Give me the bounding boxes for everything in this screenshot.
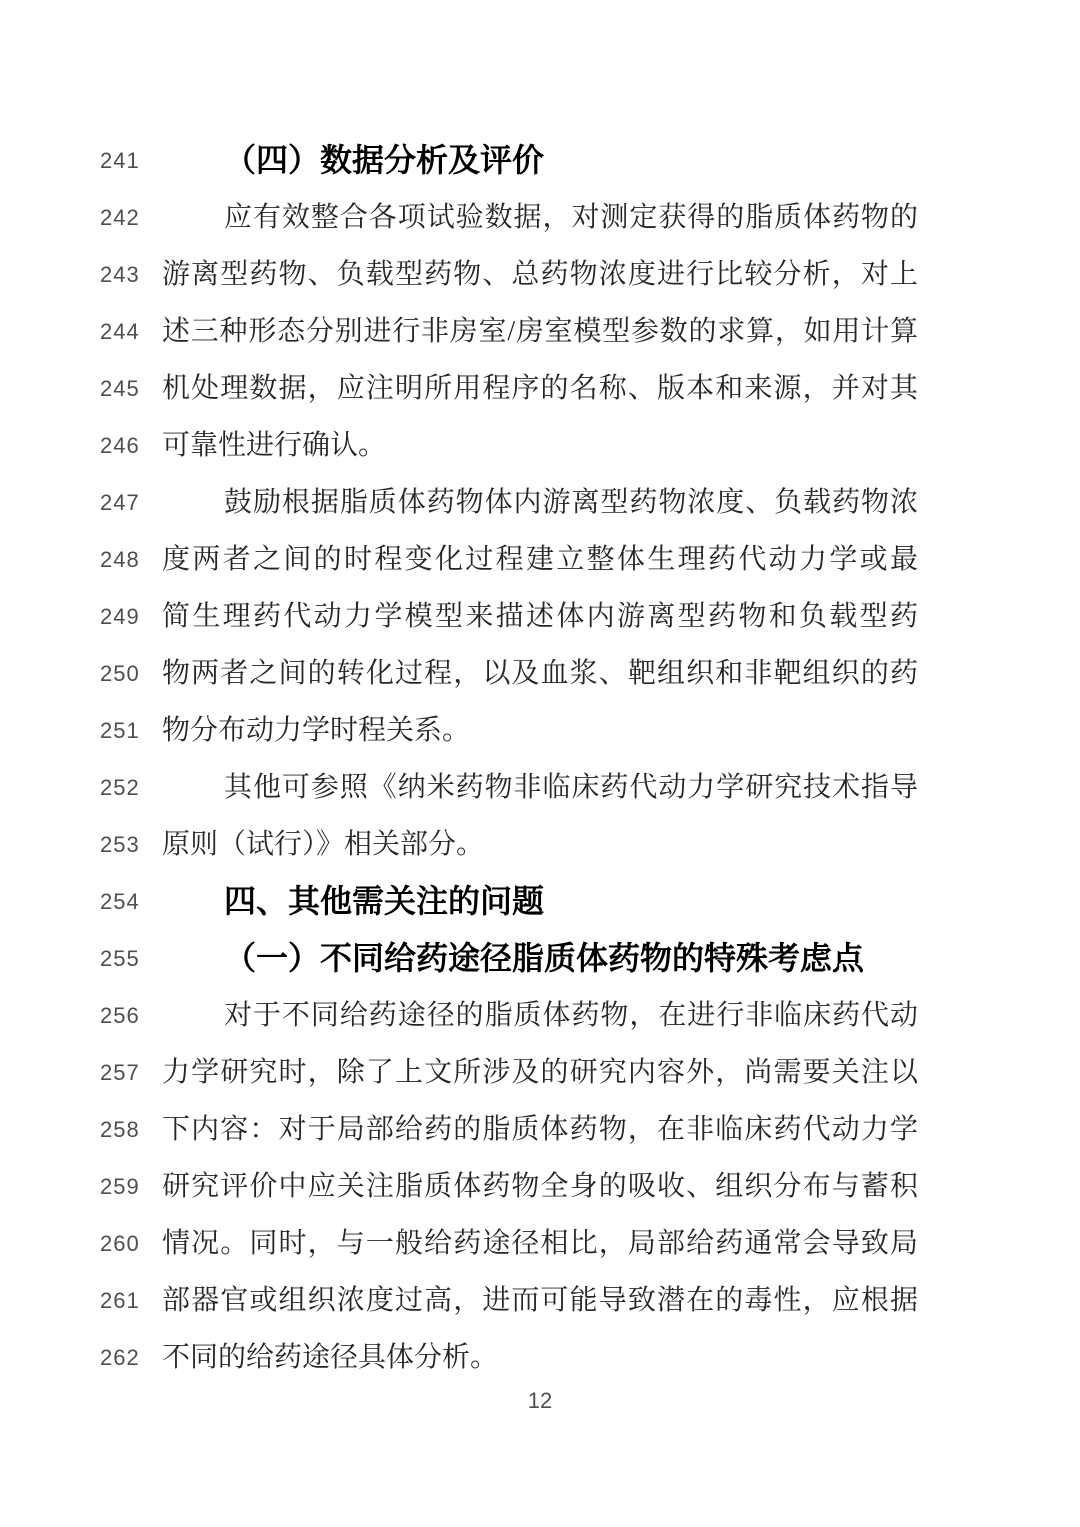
document-line: 251 物分布动力学时程关系。 — [0, 702, 1080, 759]
line-number: 244 — [100, 319, 162, 345]
line-text: 不同的给药途径具体分析。 — [162, 1329, 918, 1386]
document-line: 242 应有效整合各项试验数据，对测定获得的脂质体药物的 — [0, 189, 1080, 246]
line-number: 261 — [100, 1288, 162, 1314]
line-text: 游离型药物、负载型药物、总药物浓度进行比较分析，对上 — [162, 246, 918, 303]
line-text: 应有效整合各项试验数据，对测定获得的脂质体药物的 — [162, 189, 918, 246]
page-number: 12 — [0, 1388, 1080, 1414]
line-text: 下内容：对于局部给药的脂质体药物，在非临床药代动力学 — [162, 1101, 918, 1158]
line-text: 简生理药代动力学模型来描述体内游离型药物和负载型药 — [162, 588, 918, 645]
line-number: 260 — [100, 1231, 162, 1257]
line-number: 246 — [100, 433, 162, 459]
line-text: 其他可参照《纳米药物非临床药代动力学研究技术指导 — [162, 759, 918, 816]
document-line: 256 对于不同给药途径的脂质体药物，在进行非临床药代动 — [0, 987, 1080, 1044]
line-number: 245 — [100, 376, 162, 402]
line-text: 述三种形态分别进行非房室/房室模型参数的求算，如用计算 — [162, 303, 918, 360]
line-text: 可靠性进行确认。 — [162, 417, 918, 474]
line-number: 258 — [100, 1117, 162, 1143]
document-line: 248 度两者之间的时程变化过程建立整体生理药代动力学或最 — [0, 531, 1080, 588]
line-number: 252 — [100, 775, 162, 801]
document-line: 252 其他可参照《纳米药物非临床药代动力学研究技术指导 — [0, 759, 1080, 816]
document-line: 245 机处理数据，应注明所用程序的名称、版本和来源，并对其 — [0, 360, 1080, 417]
line-number: 249 — [100, 604, 162, 630]
document-line: 246 可靠性进行确认。 — [0, 417, 1080, 474]
line-text: （四）数据分析及评价 — [162, 132, 918, 189]
line-text: 物分布动力学时程关系。 — [162, 702, 918, 759]
document-line: 257 力学研究时，除了上文所涉及的研究内容外，尚需要关注以 — [0, 1044, 1080, 1101]
line-text: 部器官或组织浓度过高，进而可能导致潜在的毒性，应根据 — [162, 1272, 918, 1329]
document-page: 241 （四）数据分析及评价 242 应有效整合各项试验数据，对测定获得的脂质体… — [0, 0, 1080, 1527]
line-number: 243 — [100, 262, 162, 288]
document-line: 261 部器官或组织浓度过高，进而可能导致潜在的毒性，应根据 — [0, 1272, 1080, 1329]
line-text: 对于不同给药途径的脂质体药物，在进行非临床药代动 — [162, 987, 918, 1044]
line-text: 力学研究时，除了上文所涉及的研究内容外，尚需要关注以 — [162, 1044, 918, 1101]
line-number: 248 — [100, 547, 162, 573]
line-number: 254 — [100, 889, 162, 915]
document-line: 255 （一）不同给药途径脂质体药物的特殊考虑点 — [0, 930, 1080, 987]
line-number: 253 — [100, 832, 162, 858]
document-body: 241 （四）数据分析及评价 242 应有效整合各项试验数据，对测定获得的脂质体… — [0, 132, 1080, 1386]
line-number: 257 — [100, 1060, 162, 1086]
document-line: 250 物两者之间的转化过程，以及血浆、靶组织和非靶组织的药 — [0, 645, 1080, 702]
document-line: 253 原则（试行）》相关部分。 — [0, 816, 1080, 873]
document-line: 241 （四）数据分析及评价 — [0, 132, 1080, 189]
line-text: 度两者之间的时程变化过程建立整体生理药代动力学或最 — [162, 531, 918, 588]
line-number: 256 — [100, 1003, 162, 1029]
document-line: 249 简生理药代动力学模型来描述体内游离型药物和负载型药 — [0, 588, 1080, 645]
line-number: 241 — [100, 148, 162, 174]
line-number: 247 — [100, 490, 162, 516]
line-number: 250 — [100, 661, 162, 687]
document-line: 243 游离型药物、负载型药物、总药物浓度进行比较分析，对上 — [0, 246, 1080, 303]
line-text: 研究评价中应关注脂质体药物全身的吸收、组织分布与蓄积 — [162, 1158, 918, 1215]
document-line: 254 四、其他需关注的问题 — [0, 873, 1080, 930]
document-line: 262 不同的给药途径具体分析。 — [0, 1329, 1080, 1386]
line-number: 255 — [100, 946, 162, 972]
line-text: 物两者之间的转化过程，以及血浆、靶组织和非靶组织的药 — [162, 645, 918, 702]
document-line: 259 研究评价中应关注脂质体药物全身的吸收、组织分布与蓄积 — [0, 1158, 1080, 1215]
line-number: 242 — [100, 205, 162, 231]
line-number: 262 — [100, 1345, 162, 1371]
document-line: 258 下内容：对于局部给药的脂质体药物，在非临床药代动力学 — [0, 1101, 1080, 1158]
line-text: 情况。同时，与一般给药途径相比，局部给药通常会导致局 — [162, 1215, 918, 1272]
line-text: （一）不同给药途径脂质体药物的特殊考虑点 — [162, 930, 918, 987]
line-text: 四、其他需关注的问题 — [162, 873, 918, 930]
document-line: 260 情况。同时，与一般给药途径相比，局部给药通常会导致局 — [0, 1215, 1080, 1272]
line-text: 原则（试行）》相关部分。 — [162, 816, 918, 873]
line-text: 机处理数据，应注明所用程序的名称、版本和来源，并对其 — [162, 360, 918, 417]
line-number: 251 — [100, 718, 162, 744]
line-number: 259 — [100, 1174, 162, 1200]
line-text: 鼓励根据脂质体药物体内游离型药物浓度、负载药物浓 — [162, 474, 918, 531]
document-line: 247 鼓励根据脂质体药物体内游离型药物浓度、负载药物浓 — [0, 474, 1080, 531]
document-line: 244 述三种形态分别进行非房室/房室模型参数的求算，如用计算 — [0, 303, 1080, 360]
